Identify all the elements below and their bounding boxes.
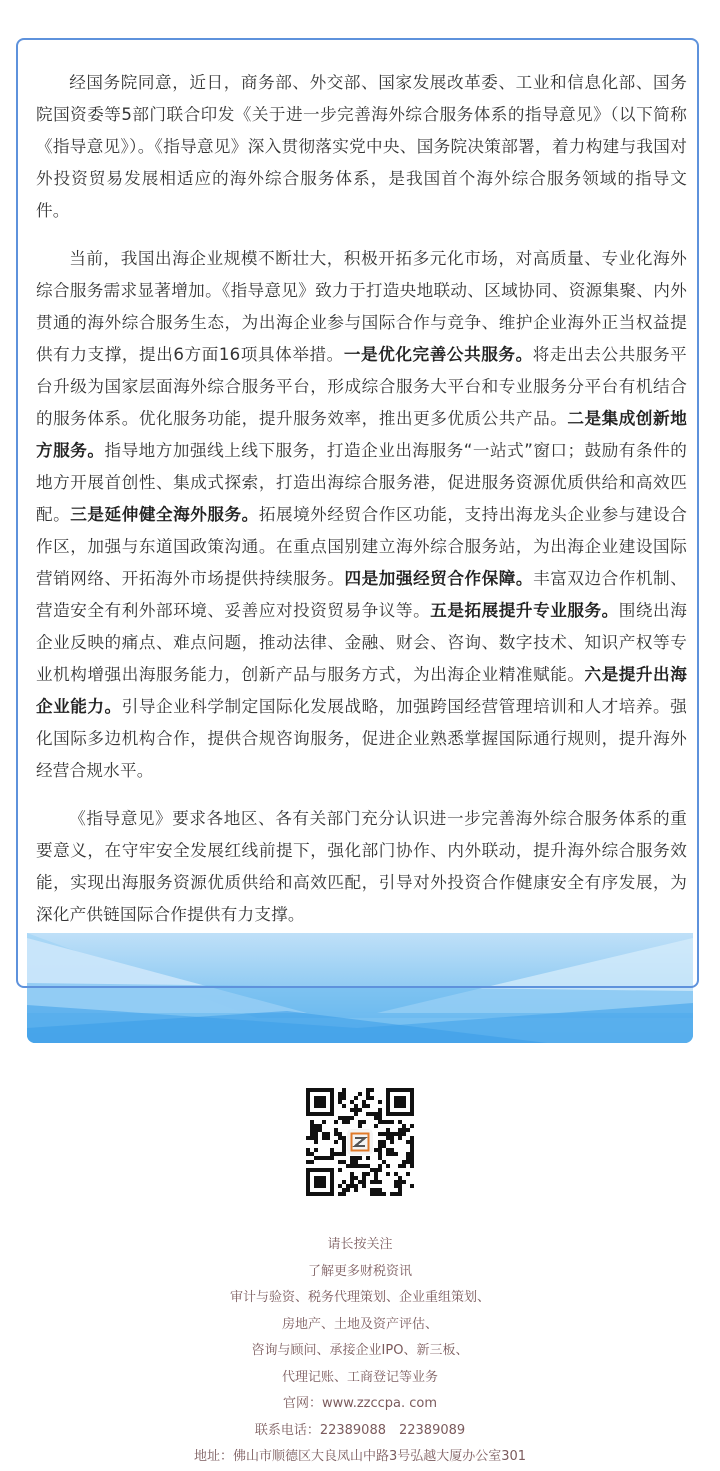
- footer: 请长按关注 了解更多财税资讯 审计与验资、税务代理策划、企业重组策划、 房地产、…: [0, 1232, 720, 1471]
- measure-heading: 五是拓展提升专业服务。: [430, 601, 619, 620]
- services-line-2: 房地产、土地及资产评估、: [0, 1312, 720, 1339]
- paragraph-text: 引导企业科学制定国际化发展战略，加强跨国经营管理培训和人才培养。强化国际多边机构…: [36, 697, 687, 780]
- paragraph-text: 《指导意见》要求各地区、各有关部门充分认识进一步完善海外综合服务体系的重要意义，…: [36, 809, 687, 924]
- z-logo-icon: [347, 1129, 373, 1155]
- follow-prompt: 请长按关注: [0, 1232, 720, 1259]
- address: 地址：佛山市顺德区大良凤山中路3号弘越大厦办公室301: [0, 1444, 720, 1471]
- qr-code-icon[interactable]: [306, 1088, 414, 1196]
- article-paragraph-3: 《指导意见》要求各地区、各有关部门充分认识进一步完善海外综合服务体系的重要意义，…: [36, 803, 687, 931]
- footer-subtitle: 了解更多财税资讯: [0, 1259, 720, 1286]
- paragraph-text: 经国务院同意，近日，商务部、外交部、国家发展改革委、工业和信息化部、国务院国资委…: [36, 73, 687, 220]
- services-line-1: 审计与验资、税务代理策划、企业重组策划、: [0, 1285, 720, 1312]
- services-line-3: 咨询与顾问、承接企业IPO、新三板、: [0, 1338, 720, 1365]
- measure-heading: 四是加强经贸合作保障。: [345, 569, 534, 588]
- article-paragraph-2: 当前，我国出海企业规模不断壮大，积极开拓多元化市场，对高质量、专业化海外综合服务…: [36, 243, 687, 787]
- article-paragraph-1: 经国务院同意，近日，商务部、外交部、国家发展改革委、工业和信息化部、国务院国资委…: [36, 67, 687, 227]
- article-body: 经国务院同意，近日，商务部、外交部、国家发展改革委、工业和信息化部、国务院国资委…: [36, 67, 687, 947]
- contact-phone: 联系电话：22389088 22389089: [0, 1418, 720, 1445]
- website-link[interactable]: 官网：www.zzccpa. com: [0, 1391, 720, 1418]
- measure-heading: 三是延伸健全海外服务。: [70, 505, 259, 524]
- measure-heading: 一是优化完善公共服务。: [344, 345, 533, 364]
- services-line-4: 代理记账、工商登记等业务: [0, 1365, 720, 1392]
